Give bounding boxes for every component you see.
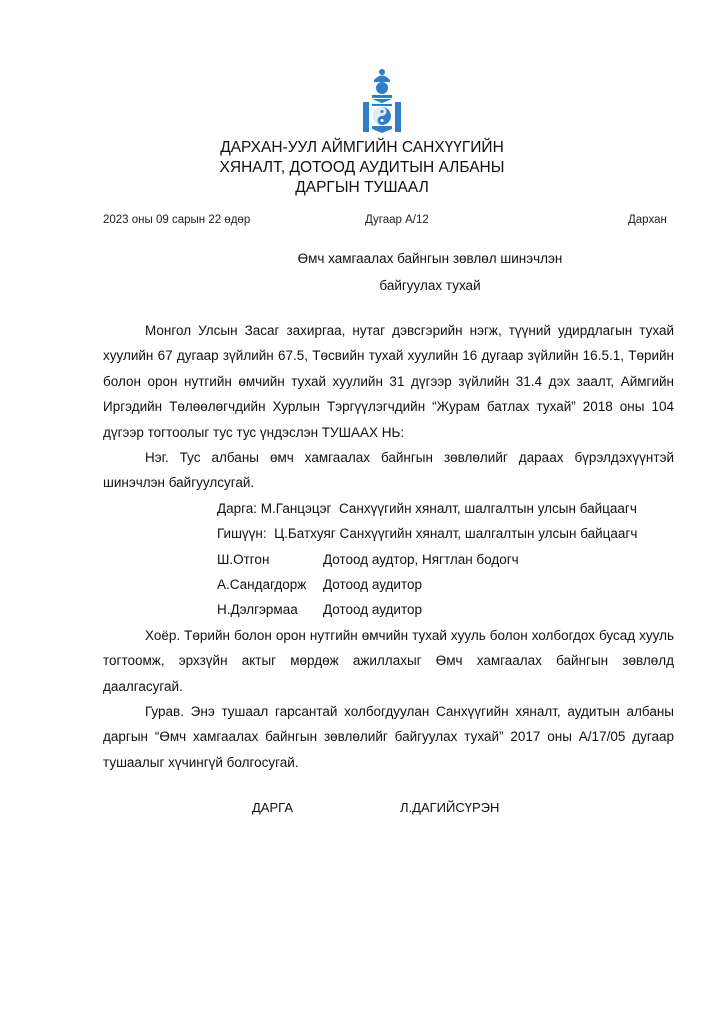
- member-row: Дарга: М.Ганцэцэг Санхүүгийн хяналт, шал…: [103, 496, 674, 521]
- signatory-name: Л.ДАГИЙСҮРЭН: [400, 800, 499, 815]
- order-place: Дархан: [628, 214, 667, 226]
- item-three-paragraph: Гурав. Энэ тушаал гарсантай холбогдуулан…: [103, 699, 674, 775]
- member-name: Ш.Отгон: [217, 547, 323, 572]
- order-date: 2023 оны 09 сарын 22 өдөр: [103, 214, 250, 226]
- member-role-name: Гишүүн: Ц.Батхуяг: [217, 521, 336, 546]
- member-title: Дотоод аудитор: [323, 572, 422, 597]
- item-one-paragraph: Нэг. Тус албаны өмч хамгаалах байнгын зө…: [103, 445, 674, 496]
- signatory-title: ДАРГА: [252, 800, 293, 815]
- member-title: Санхүүгийн хяналт, шалгалтын улсын байца…: [335, 496, 637, 521]
- item-two-paragraph: Хоёр. Төрийн болон орон нутгийн өмчийн т…: [103, 623, 674, 699]
- order-subject: Өмч хамгаалах байнгын зөвлөл шинэчлэн ба…: [270, 245, 590, 299]
- member-row: Ш.Отгон Дотоод аудтор, Нягтлан бодогч: [103, 547, 674, 572]
- member-name: Н.Дэлгэрмаа: [217, 597, 323, 622]
- preamble-paragraph: Монгол Улсын Засаг захиргаа, нутаг дэвсг…: [103, 318, 674, 445]
- member-title: Дотоод аудтор, Нягтлан бодогч: [323, 547, 519, 572]
- council-members: Дарга: М.Ганцэцэг Санхүүгийн хяналт, шал…: [103, 496, 674, 623]
- header-line-3: ДАРГЫН ТУШААЛ: [0, 178, 724, 198]
- member-name: А.Сандагдорж: [217, 572, 323, 597]
- document-header: ДАРХАН-УУЛ АЙМГИЙН САНХҮҮГИЙН ХЯНАЛТ, ДО…: [0, 138, 724, 198]
- member-row: А.Сандагдорж Дотоод аудитор: [103, 572, 674, 597]
- order-body: Монгол Улсын Засаг захиргаа, нутаг дэвсг…: [103, 318, 674, 775]
- member-title: Санхүүгийн хяналт, шалгалтын улсын байца…: [336, 521, 638, 546]
- member-row: Н.Дэлгэрмаа Дотоод аудитор: [103, 597, 674, 622]
- member-title: Дотоод аудитор: [323, 597, 422, 622]
- header-line-1: ДАРХАН-УУЛ АЙМГИЙН САНХҮҮГИЙН: [0, 138, 724, 158]
- soyombo-emblem-icon: [362, 68, 402, 134]
- subject-line-1: Өмч хамгаалах байнгын зөвлөл шинэчлэн: [270, 245, 590, 272]
- subject-line-2: байгуулах тухай: [270, 272, 590, 299]
- member-role-name: Дарга: М.Ганцэцэг: [217, 496, 335, 521]
- header-line-2: ХЯНАЛТ, ДОТООД АУДИТЫН АЛБАНЫ: [0, 158, 724, 178]
- member-row: Гишүүн: Ц.Батхуяг Санхүүгийн хяналт, шал…: [103, 521, 674, 546]
- order-number: Дугаар А/12: [365, 214, 429, 226]
